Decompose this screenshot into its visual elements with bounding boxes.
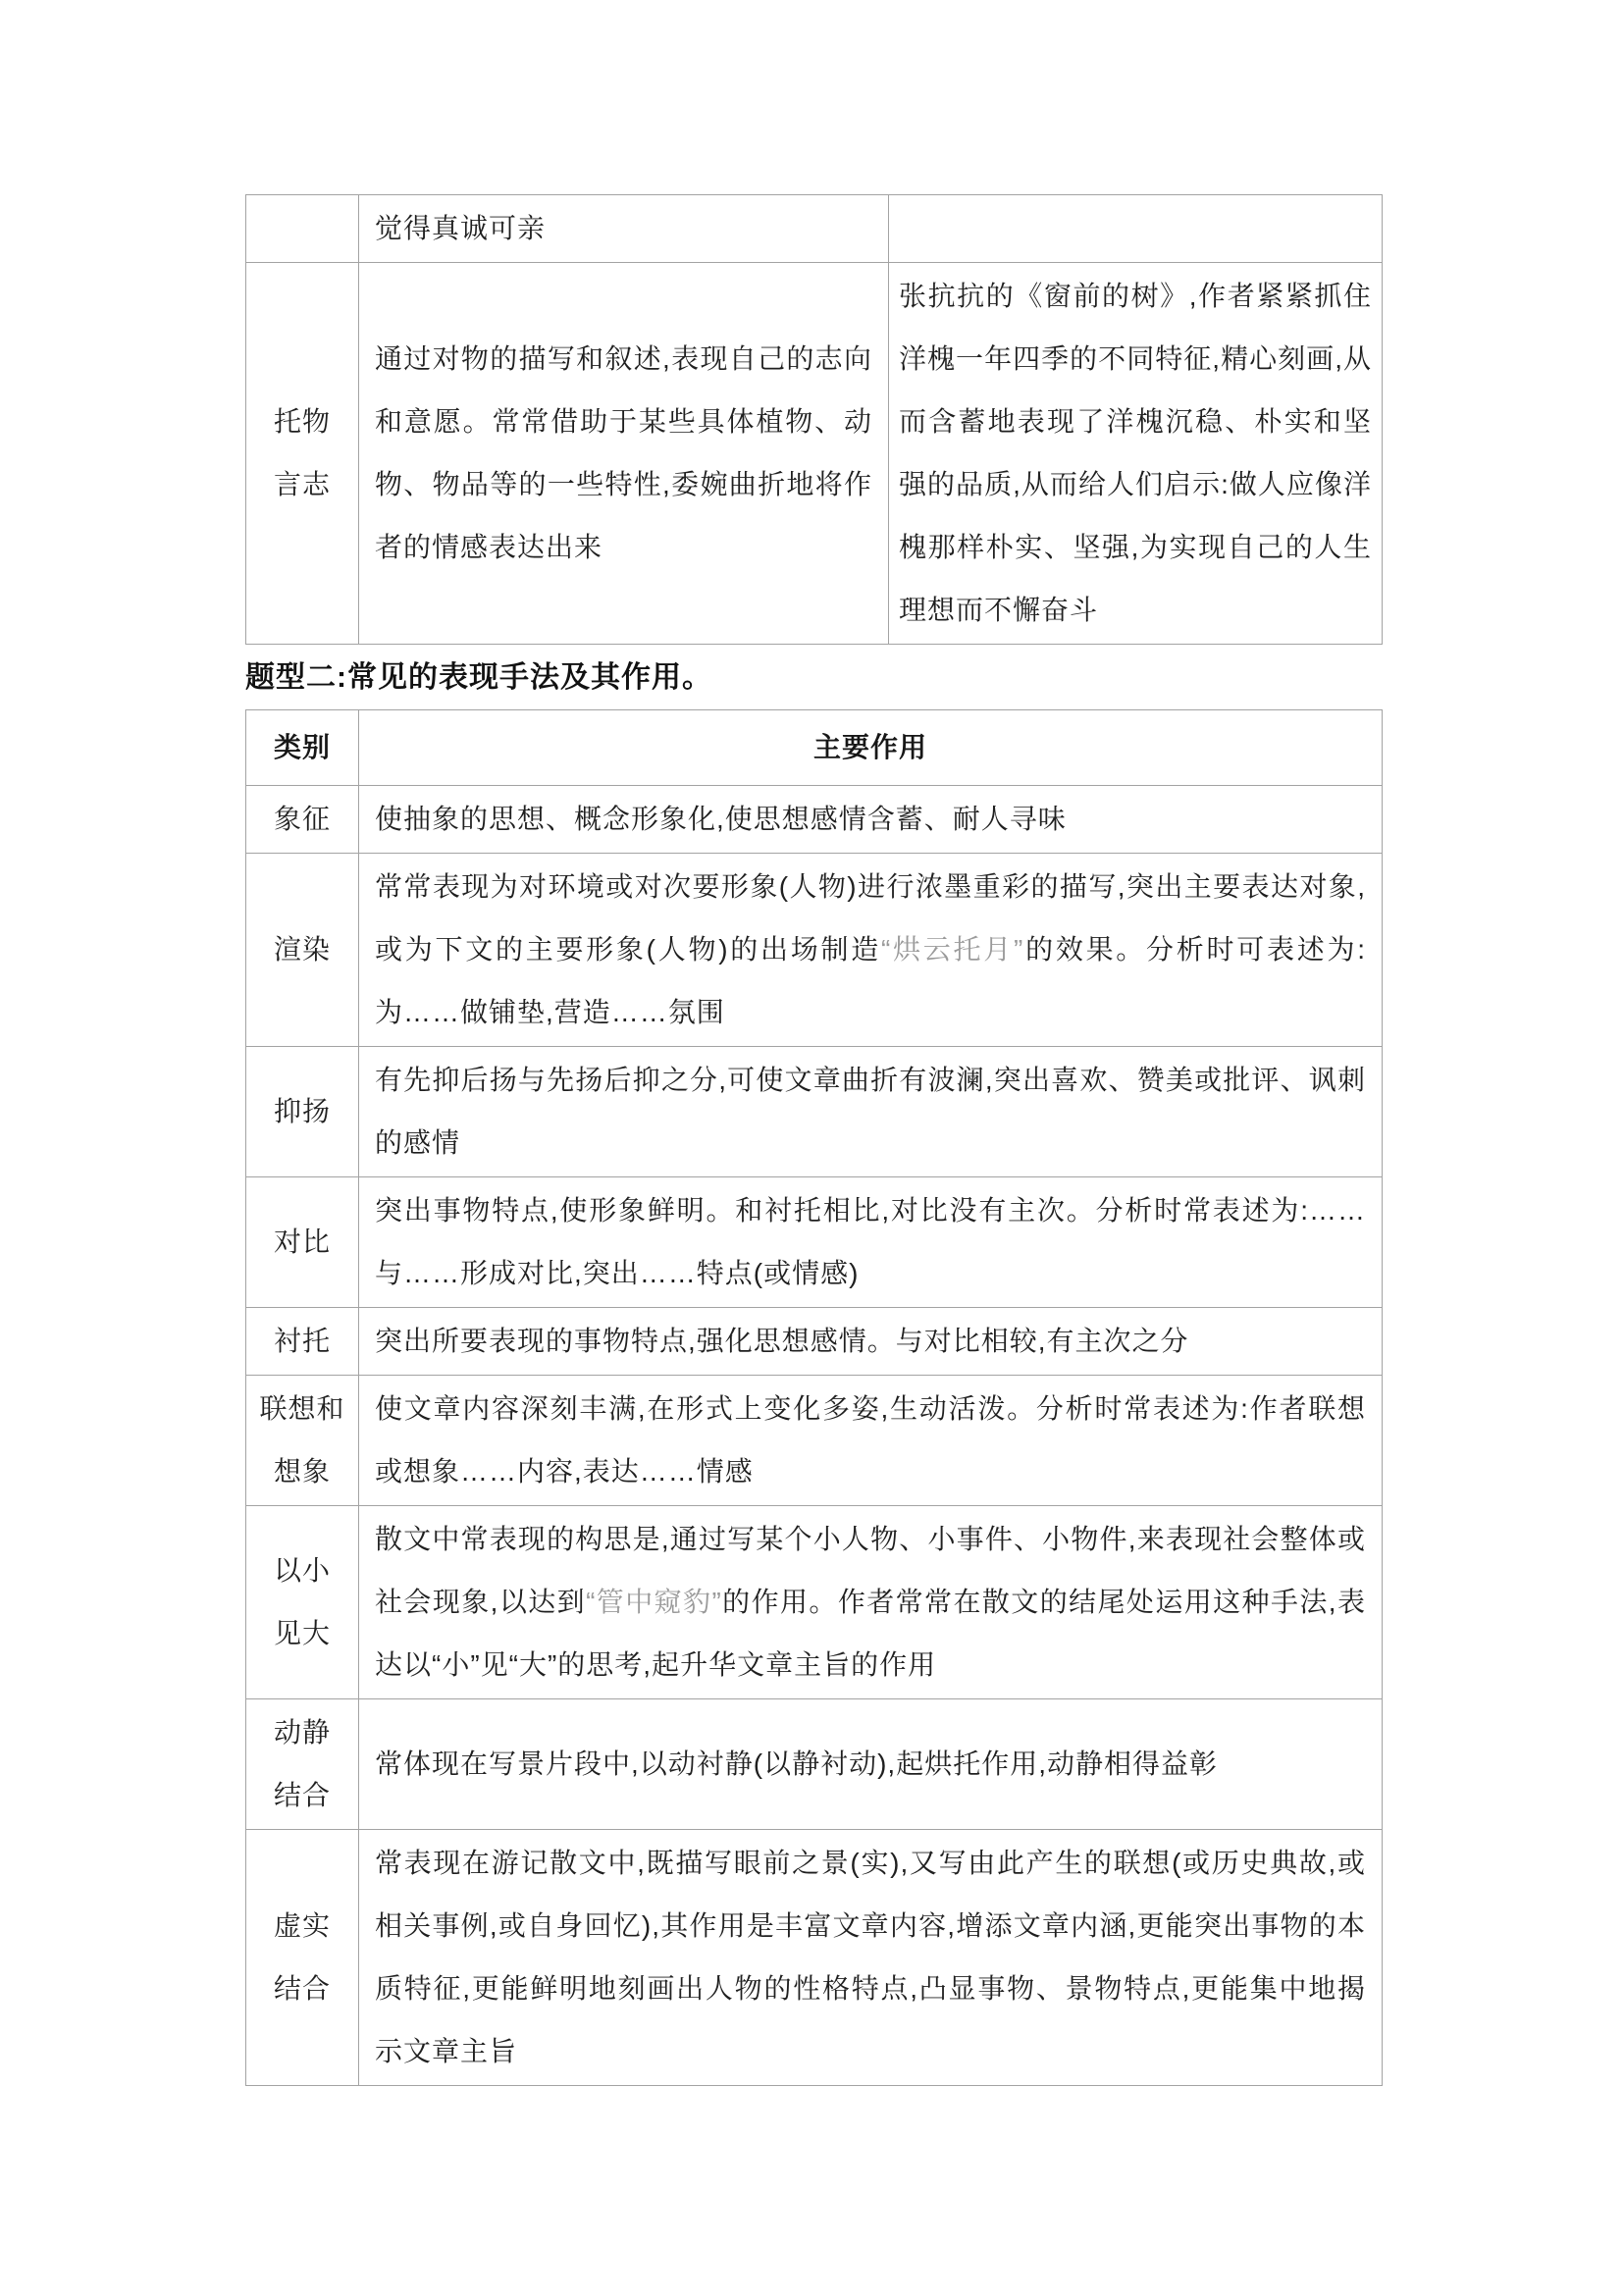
category-cell: 衬托	[246, 1308, 359, 1376]
main-function-cell: 有先抑后扬与先扬后抑之分,可使文章曲折有波澜,突出喜欢、赞美或批评、讽刺的感情	[359, 1047, 1383, 1177]
techniques-example-table: 觉得真诚可亲托物言志通过对物的描写和叙述,表现自己的志向和意愿。常常借助于某些具…	[245, 194, 1383, 645]
table-row: 对比突出事物特点,使形象鲜明。和衬托相比,对比没有主次。分析时常表述为:……与……	[246, 1177, 1383, 1308]
muted-phrase: “烘云托月”	[881, 934, 1023, 965]
table-row: 抑扬有先抑后扬与先扬后抑之分,可使文章曲折有波澜,突出喜欢、赞美或批评、讽刺的感…	[246, 1047, 1383, 1177]
main-function-cell: 突出所要表现的事物特点,强化思想感情。与对比相较,有主次之分	[359, 1308, 1383, 1376]
document-page: 觉得真诚可亲托物言志通过对物的描写和叙述,表现自己的志向和意愿。常常借助于某些具…	[245, 194, 1382, 2086]
category-line: 虚实	[250, 1895, 354, 1957]
category-line: 渲染	[250, 918, 354, 981]
category-cell: 虚实结合	[246, 1830, 359, 2086]
category-cell: 联想和想象	[246, 1376, 359, 1506]
category-cell: 托物言志	[246, 263, 359, 645]
header-main-function: 主要作用	[359, 710, 1383, 786]
header-category: 类别	[246, 710, 359, 786]
main-function-cell: 常表现在游记散文中,既描写眼前之景(实),又写由此产生的联想(或历史典故,或相关…	[359, 1830, 1383, 2086]
explanation-cell: 通过对物的描写和叙述,表现自己的志向和意愿。常常借助于某些具体植物、动物、物品等…	[359, 263, 889, 645]
techniques-example-table-body: 觉得真诚可亲托物言志通过对物的描写和叙述,表现自己的志向和意愿。常常借助于某些具…	[246, 195, 1383, 645]
category-line: 想象	[250, 1440, 354, 1503]
cell-text: 有先抑后扬与先扬后抑之分,可使文章曲折有波澜,突出喜欢、赞美或批评、讽刺的感情	[375, 1065, 1366, 1158]
category-cell: 渲染	[246, 854, 359, 1047]
main-function-cell: 常体现在写景片段中,以动衬静(以静衬动),起烘托作用,动静相得益彰	[359, 1699, 1383, 1830]
table-row: 渲染常常表现为对环境或对次要形象(人物)进行浓墨重彩的描写,突出主要表达对象,或…	[246, 854, 1383, 1047]
category-line: 托物	[250, 391, 354, 453]
cell-text: 使文章内容深刻丰满,在形式上变化多姿,生动活泼。分析时常表述为:作者联想或想象……	[375, 1393, 1366, 1487]
table-row: 联想和想象使文章内容深刻丰满,在形式上变化多姿,生动活泼。分析时常表述为:作者联…	[246, 1376, 1383, 1506]
table-header-row: 类别 主要作用	[246, 710, 1383, 786]
example-cell: 张抗抗的《窗前的树》,作者紧紧抓住洋槐一年四季的不同特征,精心刻画,从而含蓄地表…	[889, 263, 1383, 645]
table-row: 托物言志通过对物的描写和叙述,表现自己的志向和意愿。常常借助于某些具体植物、动物…	[246, 263, 1383, 645]
expression-methods-table-head: 类别 主要作用	[246, 710, 1383, 786]
category-line: 言志	[250, 453, 354, 516]
table-row: 虚实结合常表现在游记散文中,既描写眼前之景(实),又写由此产生的联想(或历史典故…	[246, 1830, 1383, 2086]
table-row: 象征使抽象的思想、概念形象化,使思想感情含蓄、耐人寻味	[246, 786, 1383, 854]
category-cell: 动静结合	[246, 1699, 359, 1830]
main-function-cell: 散文中常表现的构思是,通过写某个小人物、小事件、小物件,来表现社会整体或社会现象…	[359, 1506, 1383, 1699]
cell-text: 通过对物的描写和叙述,表现自己的志向和意愿。常常借助于某些具体植物、动物、物品等…	[375, 343, 872, 562]
cell-text: 突出所要表现的事物特点,强化思想感情。与对比相较,有主次之分	[375, 1326, 1189, 1356]
cell-text: 常体现在写景片段中,以动衬静(以静衬动),起烘托作用,动静相得益彰	[375, 1748, 1218, 1779]
category-cell: 象征	[246, 786, 359, 854]
expression-methods-table-body: 象征使抽象的思想、概念形象化,使思想感情含蓄、耐人寻味渲染常常表现为对环境或对次…	[246, 786, 1383, 2086]
cell-text: 觉得真诚可亲	[375, 213, 546, 243]
muted-phrase: “管中窥豹”	[586, 1587, 722, 1617]
category-line: 以小	[250, 1539, 354, 1602]
main-function-cell: 突出事物特点,使形象鲜明。和衬托相比,对比没有主次。分析时常表述为:……与……形…	[359, 1177, 1383, 1308]
expression-methods-table: 类别 主要作用 象征使抽象的思想、概念形象化,使思想感情含蓄、耐人寻味渲染常常表…	[245, 709, 1383, 2086]
main-function-cell: 常常表现为对环境或对次要形象(人物)进行浓墨重彩的描写,突出主要表达对象,或为下…	[359, 854, 1383, 1047]
main-function-cell: 使抽象的思想、概念形象化,使思想感情含蓄、耐人寻味	[359, 786, 1383, 854]
main-function-cell: 使文章内容深刻丰满,在形式上变化多姿,生动活泼。分析时常表述为:作者联想或想象……	[359, 1376, 1383, 1506]
category-line: 结合	[250, 1764, 354, 1827]
category-line: 动静	[250, 1701, 354, 1764]
cell-text: 使抽象的思想、概念形象化,使思想感情含蓄、耐人寻味	[375, 804, 1067, 834]
category-line: 联想和	[250, 1378, 354, 1440]
category-line: 结合	[250, 1957, 354, 2020]
category-cell	[246, 195, 359, 263]
category-cell: 抑扬	[246, 1047, 359, 1177]
table-row: 觉得真诚可亲	[246, 195, 1383, 263]
table-row: 以小见大散文中常表现的构思是,通过写某个小人物、小事件、小物件,来表现社会整体或…	[246, 1506, 1383, 1699]
cell-text: 常表现在游记散文中,既描写眼前之景(实),又写由此产生的联想(或历史典故,或相关…	[375, 1848, 1366, 2066]
cell-text: 突出事物特点,使形象鲜明。和衬托相比,对比没有主次。分析时常表述为:……与……形…	[375, 1195, 1366, 1288]
category-line: 抑扬	[250, 1080, 354, 1143]
category-line: 象征	[250, 788, 354, 851]
explanation-cell: 觉得真诚可亲	[359, 195, 889, 263]
table-row: 动静结合常体现在写景片段中,以动衬静(以静衬动),起烘托作用,动静相得益彰	[246, 1699, 1383, 1830]
category-cell: 对比	[246, 1177, 359, 1308]
table-row: 衬托突出所要表现的事物特点,强化思想感情。与对比相较,有主次之分	[246, 1308, 1383, 1376]
category-line: 对比	[250, 1211, 354, 1274]
category-line: 衬托	[250, 1310, 354, 1373]
section-heading: 题型二:常见的表现手法及其作用。	[245, 658, 1382, 698]
cell-text: 张抗抗的《窗前的树》,作者紧紧抓住洋槐一年四季的不同特征,精心刻画,从而含蓄地表…	[899, 281, 1372, 625]
category-cell: 以小见大	[246, 1506, 359, 1699]
example-cell	[889, 195, 1383, 263]
category-line: 见大	[250, 1602, 354, 1665]
